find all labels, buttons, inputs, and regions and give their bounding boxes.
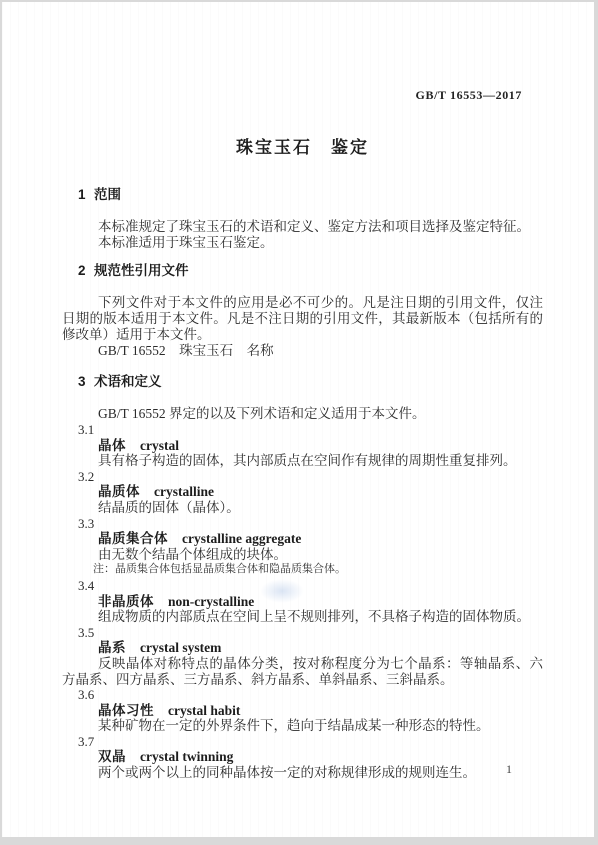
scanned-standard-document: { "doc": { "code": "GB/T 16553—2017", "t… [0, 0, 598, 845]
term-name: 晶系crystal system [98, 640, 543, 656]
document-page: GB/T 16553—2017 珠宝玉石 鉴定 1范围 本标准规定了珠宝玉石的术… [2, 2, 594, 837]
term-name: 双晶crystal twinning [98, 749, 543, 765]
term-definition: 两个或两个以上的同种晶体按一定的对称规律形成的规则连生。 [62, 765, 543, 781]
term-name-en: crystalline aggregate [182, 531, 301, 546]
page-content: GB/T 16553—2017 珠宝玉石 鉴定 1范围 本标准规定了珠宝玉石的术… [2, 2, 594, 781]
referenced-standard: GB/T 16552 珠宝玉石 名称 [62, 343, 543, 359]
term-number: 3.2 [78, 469, 543, 485]
terms-list: 3.1 晶体crystal 具有格子构造的固体，其内部质点在空间作有规律的周期性… [62, 422, 543, 781]
term-definition: 反映晶体对称特点的晶体分类，按对称程度分为七个晶系：等轴晶系、六方晶系、四方晶系… [62, 656, 543, 687]
paragraph: 本标准规定了珠宝玉石的术语和定义、鉴定方法和项目选择及鉴定特征。 [62, 219, 543, 235]
term-name-zh: 晶质体 [98, 484, 140, 499]
term-name-en: crystal system [140, 640, 221, 655]
term-definition: 由无数个结晶个体组成的块体。 [62, 547, 543, 563]
section-heading-scope: 1范围 [78, 186, 543, 203]
term-name-zh: 晶体习性 [98, 703, 154, 718]
document-title: 珠宝玉石 鉴定 [62, 136, 543, 159]
standard-code: GB/T 16553—2017 [62, 88, 543, 102]
term-name-zh: 晶系 [98, 640, 126, 655]
section-title: 术语和定义 [94, 374, 162, 389]
term-entry: 3.7 双晶crystal twinning 两个或两个以上的同种晶体按一定的对… [62, 734, 543, 781]
term-number: 3.6 [78, 687, 543, 703]
term-note: 注：晶质集合体包括显晶质集合体和隐晶质集合体。 [93, 562, 543, 578]
paragraph: 本标准适用于珠宝玉石鉴定。 [62, 235, 543, 251]
page-number: 1 [506, 762, 512, 777]
paragraph: 下列文件对于本文件的应用是必不可少的。凡是注日期的引用文件，仅注日期的版本适用于… [62, 295, 543, 343]
paragraph: GB/T 16552 界定的以及下列术语和定义适用于本文件。 [62, 406, 543, 422]
term-name-zh: 双晶 [98, 749, 126, 764]
term-entry: 3.6 晶体习性crystal habit 某种矿物在一定的外界条件下，趋向于结… [62, 687, 543, 734]
term-name-en: non-crystalline [168, 594, 254, 609]
term-number: 3.1 [78, 422, 543, 438]
term-entry: 3.4 非晶质体non-crystalline 组成物质的内部质点在空间上呈不规… [62, 578, 543, 625]
term-name-zh: 晶体 [98, 438, 126, 453]
term-entry: 3.5 晶系crystal system 反映晶体对称特点的晶体分类，按对称程度… [62, 625, 543, 687]
term-number: 3.5 [78, 625, 543, 641]
term-entry: 3.3 晶质集合体crystalline aggregate 由无数个结晶个体组… [62, 516, 543, 578]
term-name: 晶质体crystalline [98, 484, 543, 500]
term-definition: 某种矿物在一定的外界条件下，趋向于结晶成某一种形态的特性。 [62, 718, 543, 734]
term-number: 3.3 [78, 516, 543, 532]
term-name-en: crystal [140, 438, 179, 453]
section-number: 1 [78, 186, 94, 203]
term-name: 晶质集合体crystalline aggregate [98, 531, 543, 547]
term-name: 非晶质体non-crystalline [98, 594, 543, 610]
term-name-en: crystal twinning [140, 749, 233, 764]
section-number: 3 [78, 373, 94, 390]
section-heading-terms-definitions: 3术语和定义 [78, 373, 543, 390]
section-title: 规范性引用文件 [94, 263, 189, 278]
term-name-zh: 晶质集合体 [98, 531, 168, 546]
term-number: 3.7 [78, 734, 543, 750]
term-definition: 结晶质的固体（晶体）。 [62, 500, 543, 516]
term-definition: 具有格子构造的固体，其内部质点在空间作有规律的周期性重复排列。 [62, 453, 543, 469]
term-name: 晶体crystal [98, 438, 543, 454]
section-number: 2 [78, 262, 94, 279]
section-title: 范围 [94, 187, 121, 202]
term-name: 晶体习性crystal habit [98, 703, 543, 719]
term-name-zh: 非晶质体 [98, 594, 154, 609]
term-entry: 3.1 晶体crystal 具有格子构造的固体，其内部质点在空间作有规律的周期性… [62, 422, 543, 469]
term-name-en: crystalline [154, 484, 214, 499]
term-definition: 组成物质的内部质点在空间上呈不规则排列，不具格子构造的固体物质。 [62, 609, 543, 625]
term-number: 3.4 [78, 578, 543, 594]
section-heading-normative-references: 2规范性引用文件 [78, 262, 543, 279]
term-entry: 3.2 晶质体crystalline 结晶质的固体（晶体）。 [62, 469, 543, 516]
term-name-en: crystal habit [168, 703, 240, 718]
